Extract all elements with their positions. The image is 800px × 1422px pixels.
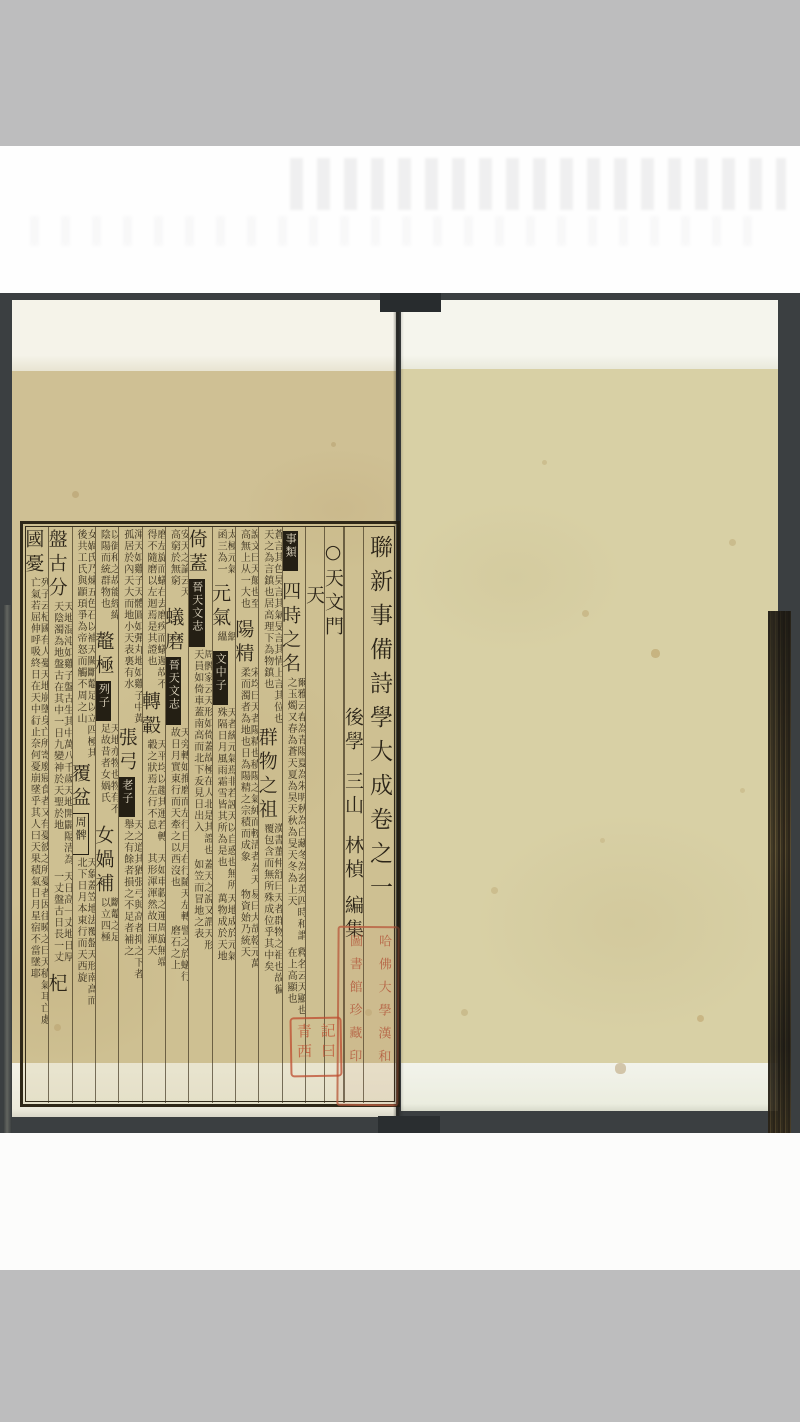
white-mat-top — [0, 146, 800, 293]
text-gap — [313, 529, 315, 585]
library-collection-seal: 哈佛大學漢和 圖書館珍藏印 — [336, 926, 399, 1106]
right-page-paper — [401, 369, 778, 1063]
text-big: 張弓 — [118, 727, 137, 775]
spine-notch-bottom — [378, 1116, 440, 1133]
text-tag: 晉天文志 — [165, 657, 181, 725]
text-big: 盤古分 — [48, 529, 67, 601]
text-note: 列子云杞國有人憂天地崩墜身亡所寄廢寢食者又有憂彼之所憂者因往曉之曰天積氣耳亡處亡… — [28, 577, 48, 1027]
text-big: 林楨 — [344, 835, 363, 883]
text-note: 絪縕 — [215, 631, 235, 649]
text-note: 天旁轉如推磨而左行日月右行隨天左轉故日月實東行而天牽之以西沒也 — [168, 727, 188, 925]
column-entry-col-2: 蒼言其色昊言其氣旻言其情上言其位也天之為言鎮也居高理下為物鎮也群物之祖漢書董仲舒… — [258, 527, 281, 1103]
left-page-paper: 聯新事備詩學大成卷之一後學三山林楨編集○天文門天事類四時之名爾雅云春為青陽夏為朱… — [12, 371, 396, 1063]
text-note: 太極元氣函三為一 — [215, 529, 235, 583]
text-gap — [352, 819, 354, 835]
text-note: 蒼言其色昊言其氣旻言其情上言其位也天之為言鎮也居高理下為物鎮也 — [262, 529, 282, 727]
text-gap — [352, 883, 354, 895]
text-note: 蓋天之說又謂天形如笠而冒地之表 — [192, 859, 212, 961]
text-gap — [289, 573, 291, 581]
text-big: 三山 — [344, 771, 363, 819]
text-note: 爾雅云春為青陽夏為朱明秋為白藏冬為玄英四時和謂之玉燭又春為蒼天夏為昊天秋為旻天冬… — [285, 677, 305, 947]
text-note: 磨左旋而蟻右去磨疾而蟻遲故不得不隨磨以左迴焉是其證也 — [145, 529, 165, 691]
column-entry-col-6: 安天之論云天高窮於無窮蟻磨晉天文志天旁轉如推磨而左行日月右行隨天左轉故日月實東行… — [165, 527, 188, 1103]
column-entry-col-3: 說文曰天顛也至高無上从一大也陽精宋均曰天者陽精也積陽之氣純而輕清者為天柔而濁者為… — [235, 527, 258, 1103]
text-tag: 文中子 — [212, 651, 228, 705]
text-big: 天 — [305, 585, 324, 609]
column-entry-col-9: 以衘和之故能經緯陰陽而統群物也鼇極列子天地亦物也物有不足故昔者女媧氏女媧補斷鼇之… — [95, 527, 118, 1103]
text-big: 元氣 — [212, 583, 231, 631]
text-note: 天象蓋笠地法覆盤天形南高而北下日月本東行而天西旋 — [75, 857, 95, 1007]
left-page-edge-stack — [3, 605, 12, 1133]
text-note: 安天之論云天高窮於無窮 — [168, 529, 188, 607]
text-note: 周髀家云天形如倚蓋故極在人北是其證也天員如倚車蓋南高而北下叐見日出入 — [192, 649, 212, 859]
text-note: 天日高一丈地日厚一丈盤古日長一丈 — [52, 871, 72, 973]
backdrop-mat-top — [0, 0, 800, 146]
book-spread: 聯新事備詩學大成卷之一後學三山林楨編集○天文門天事類四時之名爾雅云春為青陽夏為朱… — [0, 293, 800, 1133]
text-note: 天地亦物也物有不足故昔者女媧氏 — [98, 723, 118, 825]
small-seal-column-left: 青西 — [293, 1019, 316, 1075]
right-page — [401, 300, 778, 1111]
text-big: 國憂 — [26, 529, 44, 577]
column-entry-col-5: 倚蓋晉天文志周髀家云天形如倚蓋故極在人北是其證也天員如倚車蓋南高而北下叐見日出入… — [188, 527, 211, 1103]
text-note: 天地成於元氣萬物成於天地 — [215, 893, 235, 971]
text-note: 以衘和之故能經緯陰陽而統群物也 — [98, 529, 118, 631]
left-page-top-edge — [12, 300, 396, 371]
text-note: 天平均以趨其運若轉轂之狀焉左行不息 — [145, 739, 165, 853]
text-note: 易曰大哉乾元萬物資始乃統天 — [238, 889, 258, 979]
text-note: 渾天如雞子天體圓如彈丸地如雞子中黃孤居於內天大而地小天表裏有水 — [122, 529, 142, 727]
text-note: 漢書董仲舒曰天者群物之祖也故徧覆包含而無所殊成位乎其中矣 — [262, 823, 282, 997]
text-big: 陽精 — [235, 619, 254, 667]
text-big: 覆盆 — [72, 763, 91, 811]
scanned-book-photo: { "document": { "title": "聯新事備詩學大成卷之一", … — [0, 0, 800, 1422]
text-note: 天地混沌如雞子盤古生其中萬八千歲天地開闢陽清為天陰濁為地盤古在其中一日九變神於天… — [52, 601, 72, 871]
text-note: 宋均曰天者陽精也積陽之氣純而輕清者為天柔而濁者為地也日為陽精之宗積而成象 — [238, 667, 258, 889]
text-gap — [352, 755, 354, 771]
text-note: 天如車轂之運周旋無端其形渾渾然故曰渾天 — [145, 853, 165, 979]
column-entry-col-7: 磨左旋而蟻右去磨疾而蟻遲故不得不隨磨以左迴焉是其證也轉轂天平均以趨其運若轉轂之狀… — [142, 527, 165, 1103]
white-mat-bottom — [0, 1133, 800, 1270]
ghost-text-marks — [290, 158, 786, 210]
text-gap — [332, 529, 334, 541]
small-red-seal: 記曰 青西 — [289, 1017, 342, 1078]
text-big: 蟻磨 — [165, 607, 184, 655]
text-note: 釋名云天顯也在上高顯也 — [285, 947, 305, 1025]
fore-edge-page-stack — [768, 611, 791, 1133]
text-big: 倚蓋 — [188, 529, 207, 577]
text-note: 天者統元氣焉非若誣天以自惑也無所殊隔日月風雨霜雪皆其所為是也 — [215, 707, 235, 893]
ghost-text-marks-faint — [30, 216, 770, 246]
column-entry-col-12: 國憂列子云杞國有人憂天地崩墜身亡所寄廢寢食者又有憂彼之所憂者因往曉之曰天積氣耳亡… — [26, 527, 48, 1103]
text-big: 群物之祖 — [258, 727, 277, 823]
right-page-bottom-edge — [401, 1063, 778, 1111]
text-note: 斷鼇之足以立四極 — [98, 897, 118, 951]
library-seal-column-left: 圖書館珍藏印 — [340, 928, 367, 1104]
text-note: 說文曰天顛也至高無上从一大也 — [238, 529, 258, 619]
text-tag: 列子 — [95, 681, 111, 721]
text-big: 轉轂 — [142, 691, 161, 739]
column-entry-col-10: 女媧氏乃煉五色石以補天闕斷鼇足以立四極其後共工氏與顓頊爭為帝怒而觸不周之山覆盆周… — [72, 527, 95, 1103]
text-note: 譬之於蟻行磨石之上 — [168, 925, 188, 991]
center-fold-shadow — [393, 300, 404, 1117]
text-big: 四時之名 — [282, 581, 301, 677]
text-big: 杞 — [48, 973, 67, 997]
text-gap — [352, 529, 354, 707]
spine-notch-top — [380, 293, 441, 312]
text-tag: 晉天文志 — [189, 579, 205, 647]
text-note: 女媧氏乃煉五色石以補天闕斷鼇足以立四極其後共工氏與顓頊爭為帝怒而觸不周之山 — [75, 529, 95, 763]
text-title: 聯新事備詩學大成卷之一 — [366, 535, 392, 909]
text-tag: 事類 — [282, 531, 298, 571]
column-entry-col-11: 盤古分天地混沌如雞子盤古生其中萬八千歲天地開闢陽清為天陰濁為地盤古在其中一日九變… — [48, 527, 71, 1103]
right-page-top-edge — [401, 300, 778, 369]
backdrop-mat-bottom — [0, 1270, 800, 1422]
left-page: 聯新事備詩學大成卷之一後學三山林楨編集○天文門天事類四時之名爾雅云春為青陽夏為朱… — [12, 300, 396, 1117]
text-big: 鼇極 — [95, 631, 114, 679]
foxing-spots-left — [12, 371, 15, 374]
text-big: 後學 — [344, 707, 363, 755]
column-entry-col-4: 太極元氣函三為一元氣絪縕文中子天者統元氣焉非若誣天以自惑也無所殊隔日月風雨霜雪皆… — [212, 527, 235, 1103]
text-tag: 老子 — [119, 777, 135, 817]
small-seal-column-right: 記曰 — [317, 1019, 340, 1075]
text-big: 女媧補 — [95, 825, 114, 897]
text-note: 天之道其猶張弓與高者抑之下者舉之有餘者損之不足者補之 — [122, 819, 142, 981]
text-big: ○天文門 — [324, 541, 343, 640]
text-tagbox: 周髀 — [72, 813, 89, 855]
column-entry-col-8: 渾天如雞子天體圓如彈丸地如雞子中黃孤居於內天大而地小天表裏有水張弓老子天之道其猶… — [118, 527, 141, 1103]
